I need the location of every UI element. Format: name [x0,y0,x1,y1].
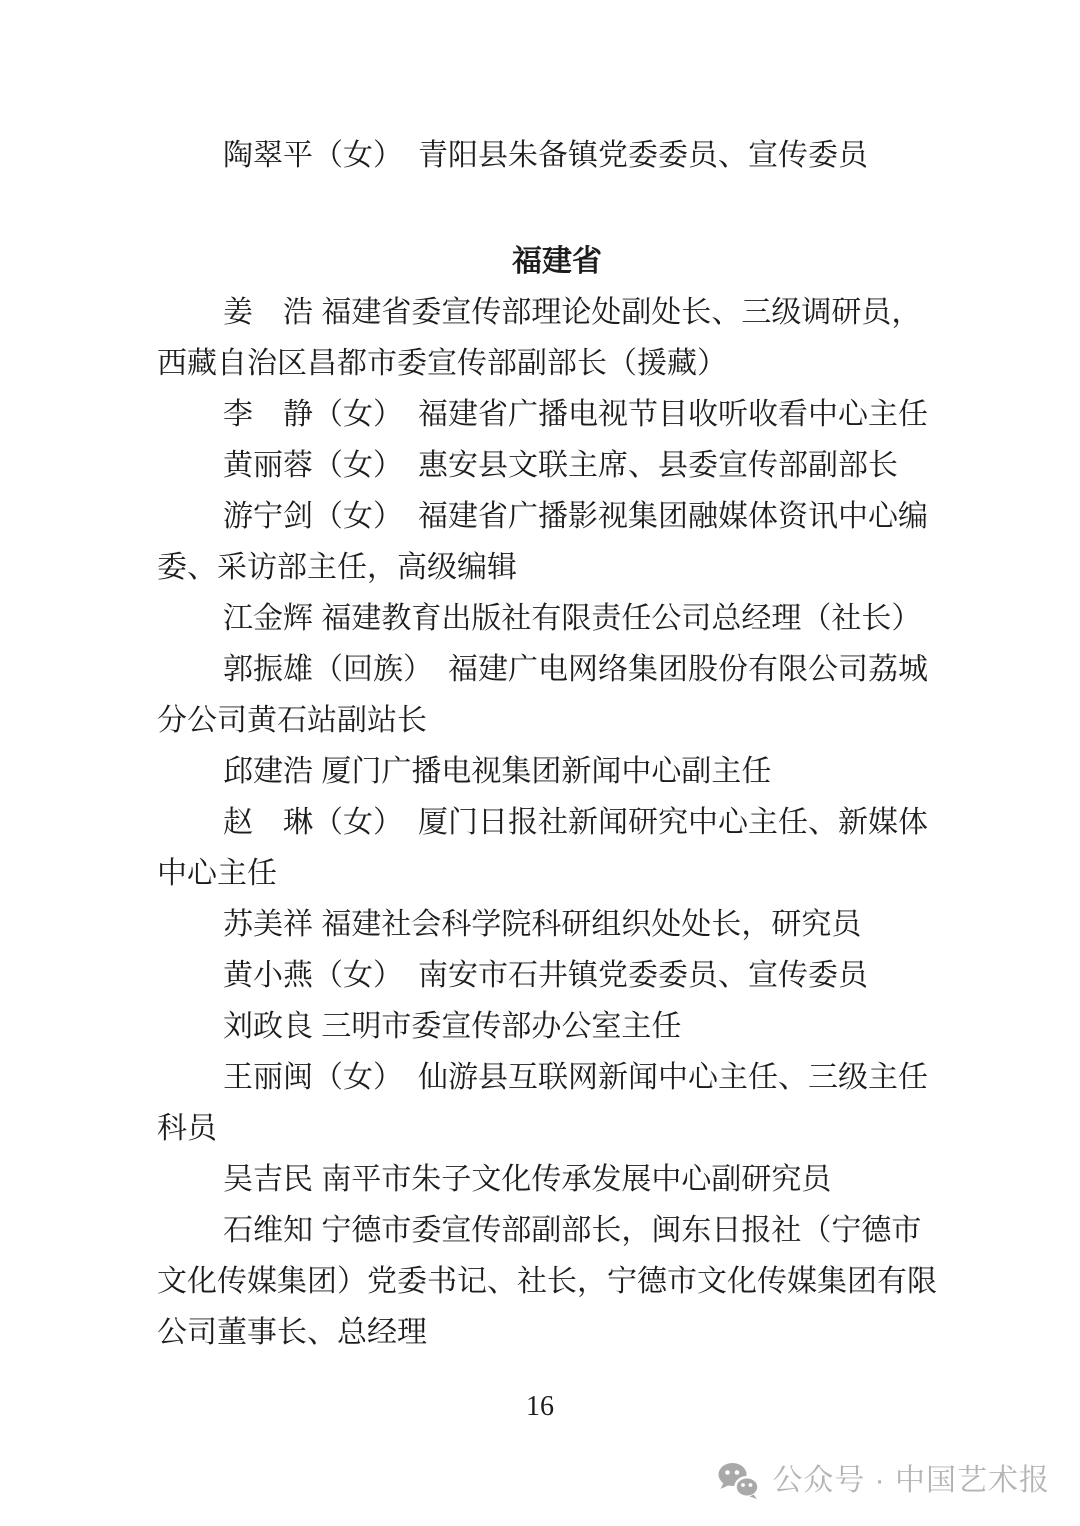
document-line: 邱建浩 厦门广播电视集团新闻中心副主任 [157,746,957,797]
document-text-block: 陶翠平（女） 青阳县朱备镇党委委员、宣传委员 福建省 姜 浩 福建省委宣传部理论… [157,130,957,1358]
document-line: 黄丽蓉（女） 惠安县文联主席、县委宣传部副部长 [157,440,957,491]
document-line: 陶翠平（女） 青阳县朱备镇党委委员、宣传委员 [157,130,957,181]
document-line: 刘政良 三明市委宣传部办公室主任 [157,1001,957,1052]
document-line: 江金辉 福建教育出版社有限责任公司总经理（社长） [157,593,957,644]
document-line: 王丽闽（女） 仙游县互联网新闻中心主任、三级主任 [157,1052,957,1103]
document-line: 福建省 [157,236,957,287]
page-number: 16 [0,1392,1080,1422]
document-line: 石维知 宁德市委宣传部副部长，闽东日报社（宁德市 [157,1205,957,1256]
document-line: 科员 [157,1103,957,1154]
document-line: 郭振雄（回族） 福建广电网络集团股份有限公司荔城 [157,644,957,695]
document-line: 公司董事长、总经理 [157,1307,957,1358]
watermark-label: 公众号 · 中国艺术报 [772,1461,1050,1501]
document-line: 黄小燕（女） 南安市石井镇党委委员、宣传委员 [157,950,957,1001]
document-line: 游宁剑（女） 福建省广播影视集团融媒体资讯中心编 [157,491,957,542]
document-line: 赵 琳（女） 厦门日报社新闻研究中心主任、新媒体 [157,797,957,848]
wechat-icon [717,1462,761,1500]
document-line: 姜 浩 福建省委宣传部理论处副处长、三级调研员， [157,287,957,338]
document-line: 西藏自治区昌都市委宣传部副部长（援藏） [157,338,957,389]
document-line: 李 静（女） 福建省广播电视节目收听收看中心主任 [157,389,957,440]
document-line: 委、采访部主任，高级编辑 [157,542,957,593]
document-line: 苏美祥 福建社会科学院科研组织处处长，研究员 [157,899,957,950]
footer-watermark: 公众号 · 中国艺术报 [717,1461,1050,1501]
document-line: 中心主任 [157,848,957,899]
document-line: 分公司黄石站副站长 [157,695,957,746]
document-line: 吴吉民 南平市朱子文化传承发展中心副研究员 [157,1154,957,1205]
document-page: 陶翠平（女） 青阳县朱备镇党委委员、宣传委员 福建省 姜 浩 福建省委宣传部理论… [0,0,1080,1526]
document-line: 文化传媒集团）党委书记、社长，宁德市文化传媒集团有限 [157,1256,957,1307]
